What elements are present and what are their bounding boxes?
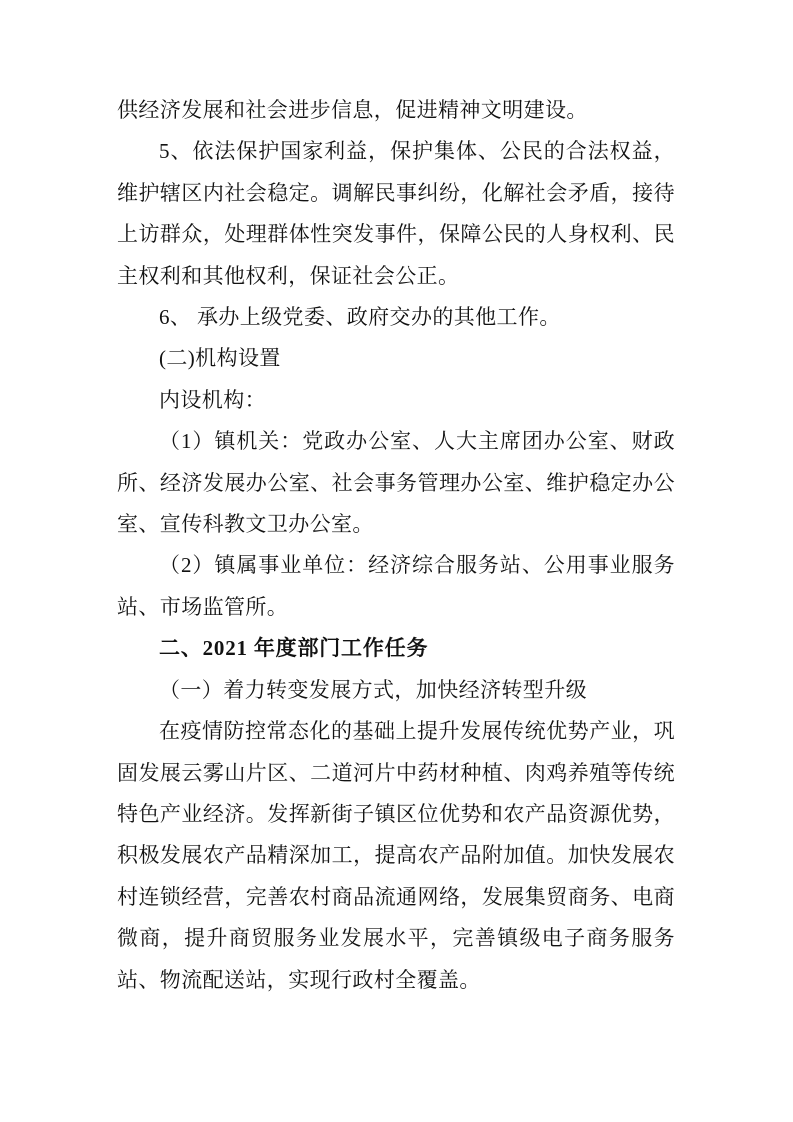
heading-task-1: （一）着力转变发展方式，加快经济转型升级 [117, 670, 675, 711]
para-public-institutions: （2）镇属事业单位：经济综合服务站、公用事业服务站、市场监管所。 [117, 545, 675, 628]
heading-2021-tasks: 二、2021 年度部门工作任务 [117, 628, 675, 669]
heading-org-setup: (二)机构设置 [117, 338, 675, 379]
document-body: 供经济发展和社会进步信息，促进精神文明建设。 5、依法保护国家利益，保护集体、公… [117, 90, 675, 1001]
para-item-5: 5、依法保护国家利益，保护集体、公民的合法权益，维护辖区内社会稳定。调解民事纠纷… [117, 131, 675, 297]
para-town-offices: （1）镇机关：党政办公室、人大主席团办公室、财政所、经济发展办公室、社会事务管理… [117, 421, 675, 545]
para-item-6: 6、 承办上级党委、政府交办的其他工作。 [117, 297, 675, 338]
para-task-1-body: 在疫情防控常态化的基础上提升发展传统优势产业，巩固发展云雾山片区、二道河片中药材… [117, 711, 675, 1001]
document-page: 供经济发展和社会进步信息，促进精神文明建设。 5、依法保护国家利益，保护集体、公… [0, 0, 793, 1122]
para-body-continuation: 供经济发展和社会进步信息，促进精神文明建设。 [117, 90, 675, 131]
para-internal-orgs-label: 内设机构： [117, 380, 675, 421]
